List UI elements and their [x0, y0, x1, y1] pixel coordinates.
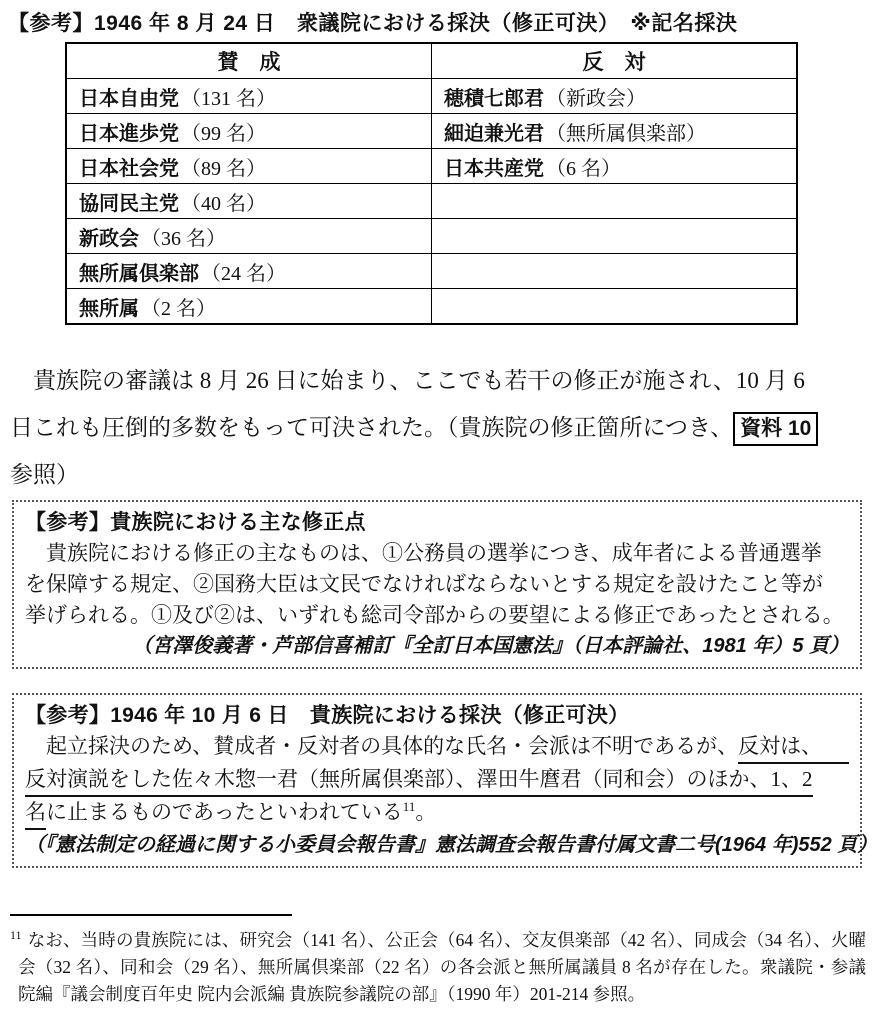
- paragraph-line: 参照）: [10, 451, 840, 498]
- paragraph-text: 日これも圧倒的多数をもって可決された。（貴族院の修正箇所につき、: [10, 415, 733, 440]
- approve-cell: 新政会（36 名）: [66, 219, 432, 254]
- page-title: 【参考】1946 年 8 月 24 日 衆議院における採決（修正可決） ※記名採…: [8, 12, 875, 36]
- approve-cell: 協同民主党（40 名）: [66, 184, 432, 219]
- party-name: 日本社会党: [79, 158, 179, 180]
- box-citation: （宮澤俊義著・芦部信喜補訂『全訂日本国憲法』（日本評論社、1981 年）5 頁）: [25, 631, 849, 662]
- approve-cell: 無所属（2 名）: [66, 289, 432, 325]
- box-body-line: 反対演説をした佐々木惣一君（無所属倶楽部）、澤田牛麿君（同和会）のほか、1、2: [25, 764, 849, 797]
- member-name: 穂積七郎君: [444, 88, 544, 110]
- oppose-cell: [432, 184, 798, 219]
- member-count: （99 名）: [181, 123, 266, 145]
- table-row: 無所属（2 名）: [66, 289, 797, 325]
- table-row: 日本進歩党（99 名） 細迫兼光君（無所属倶楽部）: [66, 114, 797, 149]
- table-row: 新政会（36 名）: [66, 219, 797, 254]
- shiryo-10-reference: 資料 10: [733, 412, 818, 446]
- approve-cell: 日本進歩党（99 名）: [66, 114, 432, 149]
- table-row: 日本社会党（89 名） 日本共産党（6 名）: [66, 149, 797, 184]
- party-name: 協同民主党: [79, 193, 179, 215]
- oppose-cell: 細迫兼光君（無所属倶楽部）: [432, 114, 798, 149]
- underlined-text: 名: [25, 797, 46, 830]
- footnote-separator: [10, 914, 292, 916]
- table-row: 協同民主党（40 名）: [66, 184, 797, 219]
- underlined-text: 反対演説をした佐々木惣一君（無所属倶楽部）、澤田牛麿君（同和会）のほか、1、2: [25, 764, 813, 797]
- box-body-text: に止まるものであったといわれている11。: [46, 797, 436, 830]
- vote-table: 賛 成 反 対 日本自由党（131 名） 穂積七郎君（新政会） 日本進歩党（99…: [65, 42, 798, 325]
- paragraph-line: 貴族院の審議は 8 月 26 日に始まり、ここでも若干の修正が施され、10 月 …: [10, 357, 840, 404]
- member-count: （131 名）: [181, 88, 276, 110]
- member-count: （24 名）: [201, 263, 286, 285]
- member-count: （36 名）: [141, 228, 226, 250]
- member-count: （6 名）: [546, 158, 621, 180]
- box-citation: （『憲法制定の経過に関する小委員会報告書』憲法調査会報告書付属文書二号(1964…: [25, 830, 849, 861]
- approve-cell: 日本自由党（131 名）: [66, 79, 432, 114]
- box-body-line: 起立採決のため、賛成者・反対者の具体的な氏名・会派は不明であるが、反対は、: [25, 731, 849, 764]
- box-body-line: 貴族院における修正の主なものは、①公務員の選挙につき、成年者による普通選挙: [25, 538, 849, 569]
- footnote-marker: 11: [10, 928, 22, 942]
- party-name: 日本進歩党: [79, 123, 179, 145]
- underline-filler: [822, 731, 849, 764]
- footnote-ref-superscript: 11: [403, 799, 416, 814]
- oppose-cell: [432, 289, 798, 325]
- col-approve-header: 賛 成: [66, 43, 432, 79]
- oppose-cell: [432, 254, 798, 289]
- faction-name: （無所属倶楽部）: [546, 123, 706, 145]
- party-name: 新政会: [79, 228, 139, 250]
- box-body-line: を保障する規定、②国務大臣は文民でなければならないとする規定を設けたこと等が: [25, 569, 849, 600]
- oppose-cell: 穂積七郎君（新政会）: [432, 79, 798, 114]
- reference-box-amendments: 【参考】貴族院における主な修正点 貴族院における修正の主なものは、①公務員の選挙…: [12, 500, 862, 669]
- paragraph-line: 日これも圧倒的多数をもって可決された。（貴族院の修正箇所につき、資料 10: [10, 404, 840, 451]
- box-body-text: に止まるものであったといわれている: [46, 800, 403, 824]
- table-header-row: 賛 成 反 対: [66, 43, 797, 79]
- box-body-line: 挙げられる。①及び②は、いずれも総司令部からの要望による修正であったとされる。: [25, 600, 849, 631]
- member-count: （89 名）: [181, 158, 266, 180]
- member-name: 細迫兼光君: [444, 123, 544, 145]
- oppose-cell: [432, 219, 798, 254]
- footnote: 11なお、当時の貴族院には、研究会（141 名）、公正会（64 名）、交友倶楽部…: [10, 927, 866, 1008]
- member-count: （2 名）: [141, 298, 216, 320]
- approve-cell: 日本社会党（89 名）: [66, 149, 432, 184]
- box-body-text: 。: [415, 800, 436, 824]
- reference-box-vote: 【参考】1946 年 10 月 6 日 貴族院における採決（修正可決） 起立採決…: [12, 693, 862, 868]
- col-oppose-header: 反 対: [432, 43, 798, 79]
- box-body-line: 名に止まるものであったといわれている11。: [25, 797, 849, 830]
- party-name: 無所属倶楽部: [79, 263, 199, 285]
- approve-cell: 無所属倶楽部（24 名）: [66, 254, 432, 289]
- underlined-text: 反対は、: [738, 731, 822, 764]
- table-row: 日本自由党（131 名） 穂積七郎君（新政会）: [66, 79, 797, 114]
- party-name: 日本自由党: [79, 88, 179, 110]
- main-paragraph: 貴族院の審議は 8 月 26 日に始まり、ここでも若干の修正が施され、10 月 …: [10, 357, 840, 498]
- table-row: 無所属倶楽部（24 名）: [66, 254, 797, 289]
- footnote-text: なお、当時の貴族院には、研究会（141 名）、公正会（64 名）、交友倶楽部（4…: [18, 930, 866, 1004]
- faction-name: （新政会）: [546, 88, 646, 110]
- box-heading: 【参考】貴族院における主な修正点: [25, 507, 849, 538]
- box-heading: 【参考】1946 年 10 月 6 日 貴族院における採決（修正可決）: [25, 700, 849, 731]
- party-name: 日本共産党: [444, 158, 544, 180]
- box-body-text: 起立採決のため、賛成者・反対者の具体的な氏名・会派は不明であるが、: [46, 731, 738, 764]
- party-name: 無所属: [79, 298, 139, 320]
- member-count: （40 名）: [181, 193, 266, 215]
- oppose-cell: 日本共産党（6 名）: [432, 149, 798, 184]
